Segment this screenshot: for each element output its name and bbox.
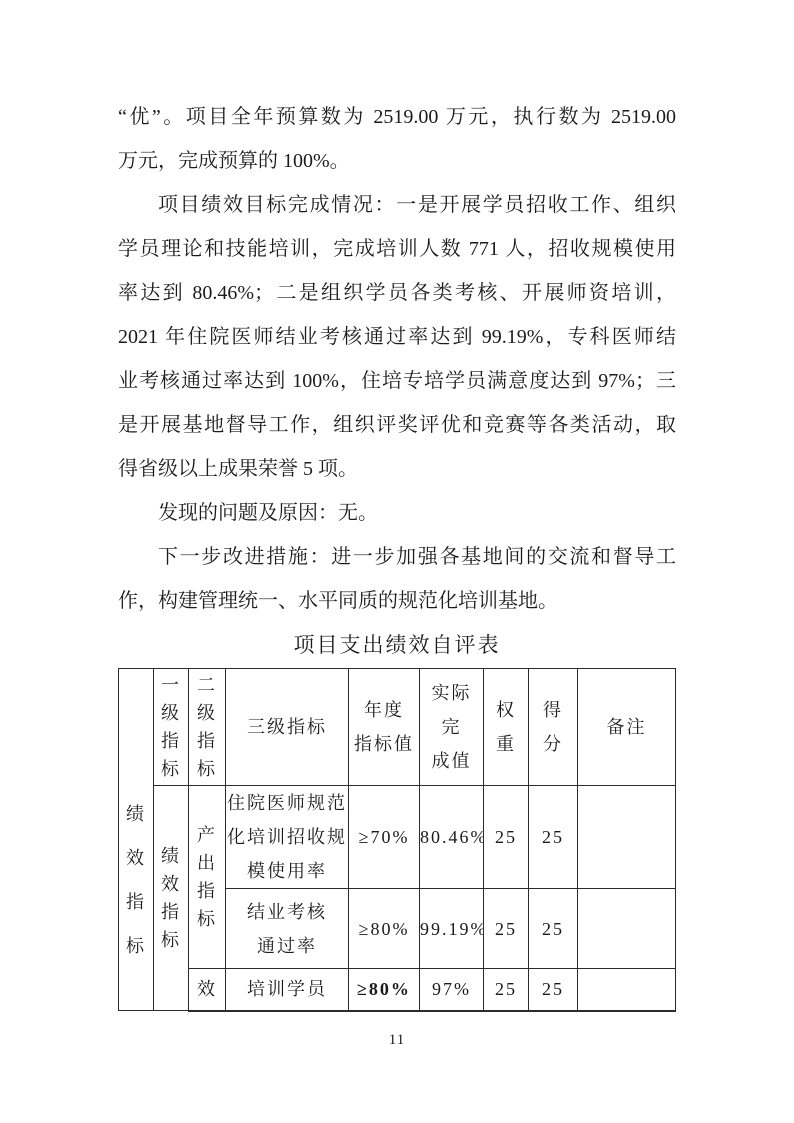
cell-weight-2: 25 — [484, 889, 529, 969]
cell-actual-3: 97% — [420, 969, 484, 1011]
cell-indicator-1: 住院医师规范 化培训招收规 模使用率 — [226, 786, 349, 889]
cell-actual-1: 80.46% — [420, 786, 484, 889]
header-weight: 权 重 — [484, 669, 529, 786]
body-text-line: 是开展基地督导工作，组织评奖评优和竞赛等各类活动，取 — [118, 403, 676, 447]
cell-target-3: ≥80% — [349, 969, 420, 1011]
cell-actual-2: 99.19% — [420, 889, 484, 969]
page-number: 11 — [0, 1032, 794, 1049]
cell-remark-3 — [578, 969, 676, 1011]
cell-level1-indicator: 绩 效 指 标 — [154, 786, 189, 1011]
header-level2-indicator: 二 级 指 标 — [189, 669, 226, 786]
header-remarks: 备注 — [578, 669, 676, 786]
body-text: “优”。项目全年预算数为 2519.00 万元，执行数为 2519.00 万元，… — [118, 95, 676, 668]
header-level3-indicator: 三级指标 — [226, 669, 349, 786]
cell-target-2: ≥80% — [349, 889, 420, 969]
body-text-line: 学员理论和技能培训，完成培训人数 771 人，招收规模使用 — [118, 227, 676, 271]
cell-level2-effect-indicator: 效 — [189, 969, 226, 1011]
cell-performance-indicator-group: 绩 效 指 标 — [119, 669, 154, 1011]
header-score: 得 分 — [529, 669, 578, 786]
body-text-line: “优”。项目全年预算数为 2519.00 万元，执行数为 2519.00 — [118, 95, 676, 139]
body-text-line: 业考核通过率达到 100%，住培专培学员满意度达到 97%；三 — [118, 359, 676, 403]
cell-weight-3: 25 — [484, 969, 529, 1011]
cell-remark-2 — [578, 889, 676, 969]
header-actual-completion: 实际 完 成值 — [420, 669, 484, 786]
header-level1-indicator: 一 级 指 标 — [154, 669, 189, 786]
cell-score-3: 25 — [529, 969, 578, 1011]
cell-target-1: ≥70% — [349, 786, 420, 889]
document-page: “优”。项目全年预算数为 2519.00 万元，执行数为 2519.00 万元，… — [0, 0, 794, 1123]
body-text-line: 万元，完成预算的 100%。 — [118, 139, 676, 183]
cell-weight-1: 25 — [484, 786, 529, 889]
cell-level2-output-indicator: 产 出 指 标 — [189, 786, 226, 969]
table-title: 项目支出绩效自评表 — [118, 623, 676, 668]
self-evaluation-table: 绩 效 指 标 一 级 指 标 二 级 指 标 三级指标 年度 指标值 实际 完… — [118, 668, 676, 1012]
header-annual-target: 年度 指标值 — [349, 669, 420, 786]
body-text-line: 率达到 80.46%；二是组织学员各类考核、开展师资培训， — [118, 271, 676, 315]
cell-indicator-3: 培训学员 — [226, 969, 349, 1011]
cell-score-2: 25 — [529, 889, 578, 969]
cell-indicator-2: 结业考核 通过率 — [226, 889, 349, 969]
body-text-line: 项目绩效目标完成情况：一是开展学员招收工作、组织 — [118, 183, 676, 227]
body-text-line: 发现的问题及原因：无。 — [118, 491, 676, 535]
cell-remark-1 — [578, 786, 676, 889]
body-text-line: 下一步改进措施：进一步加强各基地间的交流和督导工 — [118, 535, 676, 579]
body-text-line: 2021 年住院医师结业考核通过率达到 99.19%，专科医师结 — [118, 315, 676, 359]
body-text-line: 得省级以上成果荣誉 5 项。 — [118, 447, 676, 491]
body-text-line: 作，构建管理统一、水平同质的规范化培训基地。 — [118, 579, 676, 623]
cell-score-1: 25 — [529, 786, 578, 889]
